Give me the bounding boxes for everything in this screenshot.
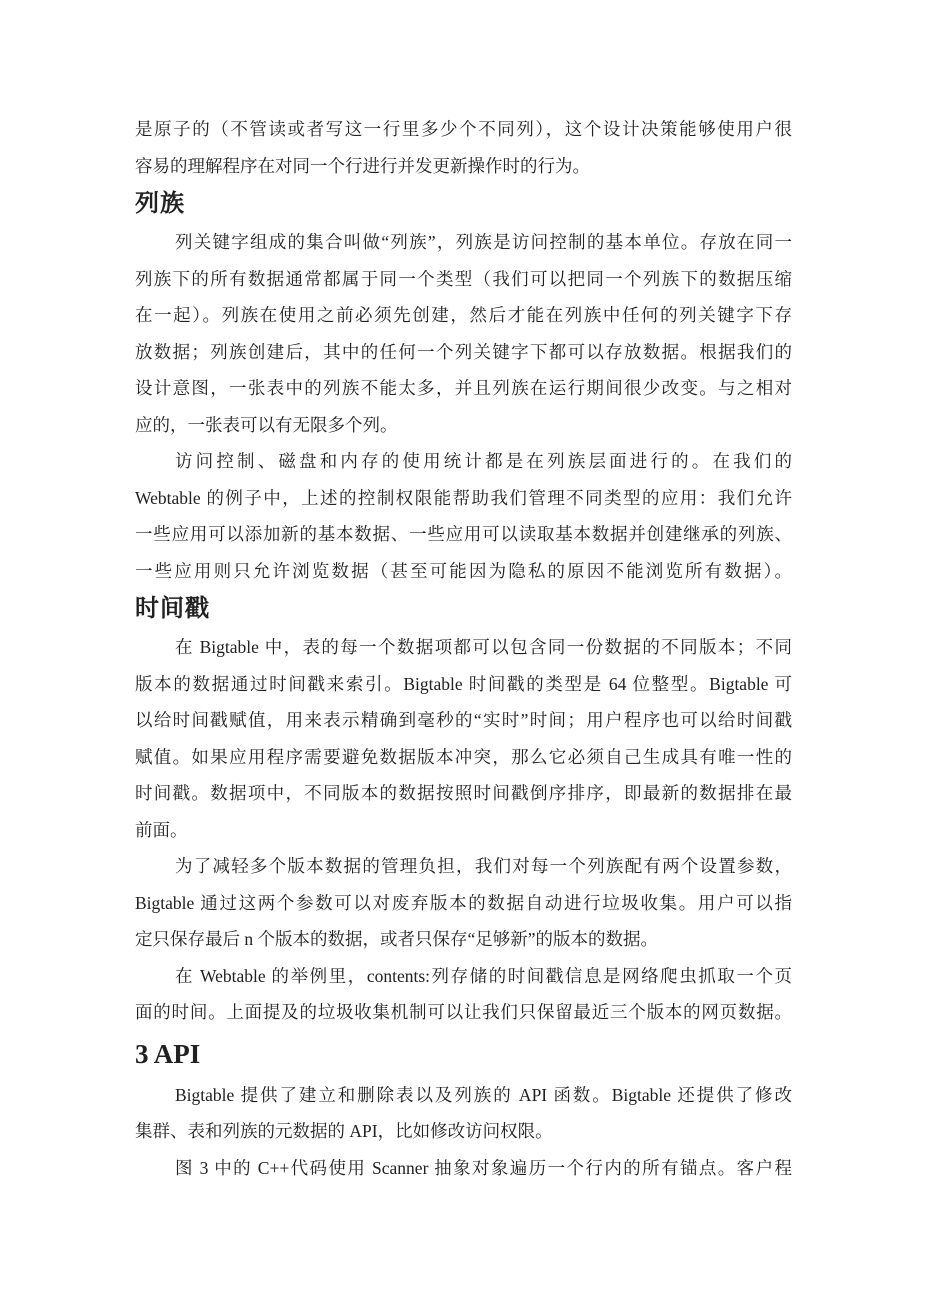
paragraph-line: 时间戳。数据项中，不同版本的数据按照时间戳倒序排序，即最新的数据排在最 [135,775,792,812]
document-content: 是原子的（不管读或者写这一行里多少个不同列），这个设计决策能够使用户很容易的理解… [135,111,792,1186]
paragraph-line: 应的，一张表可以有无限多个列。 [135,407,792,444]
section-heading: 时间戳 [135,589,792,629]
paragraph-line: 图 3 中的 C++代码使用 Scanner 抽象对象遍历一个行内的所有锚点。客… [135,1150,792,1187]
paragraph-line: 放数据；列族创建后，其中的任何一个列关键字下都可以存放数据。根据我们的 [135,334,792,371]
paragraph-line: 赋值。如果应用程序需要避免数据版本冲突，那么它必须自己生成具有唯一性的 [135,739,792,776]
paragraph-line: 容易的理解程序在对同一个行进行并发更新操作时的行为。 [135,148,792,185]
paragraph-line: 访问控制、磁盘和内存的使用统计都是在列族层面进行的。在我们的 [135,443,792,480]
paragraph-line: 前面。 [135,812,792,849]
paragraph-line: 是原子的（不管读或者写这一行里多少个不同列），这个设计决策能够使用户很 [135,111,792,148]
paragraph-line: 版本的数据通过时间戳来索引。Bigtable 时间戳的类型是 64 位整型。Bi… [135,666,792,703]
paragraph-line: 面的时间。上面提及的垃圾收集机制可以让我们只保留最近三个版本的网页数据。 [135,994,792,1031]
paragraph-line: Bigtable 通过这两个参数可以对废弃版本的数据自动进行垃圾收集。用户可以指 [135,885,792,922]
paragraph-line: 列关键字组成的集合叫做“列族”，列族是访问控制的基本单位。存放在同一 [135,224,792,261]
paragraph-line: 为了减轻多个版本数据的管理负担，我们对每一个列族配有两个设置参数， [135,848,792,885]
section-heading: 列族 [135,184,792,224]
paragraph-line: 设计意图，一张表中的列族不能太多，并且列族在运行期间很少改变。与之相对 [135,370,792,407]
paragraph-line: Bigtable 提供了建立和删除表以及列族的 API 函数。Bigtable … [135,1077,792,1114]
paragraph-line: 一些应用可以添加新的基本数据、一些应用可以读取基本数据并创建继承的列族、 [135,516,792,553]
paragraph-line: 一些应用则只允许浏览数据（甚至可能因为隐私的原因不能浏览所有数据）。 [135,553,792,590]
paragraph-line: 在 Webtable 的举例里，contents:列存储的时间戳信息是网络爬虫抓… [135,958,792,995]
paragraph-line: 定只保存最后 n 个版本的数据，或者只保存“足够新”的版本的数据。 [135,921,792,958]
paragraph-line: 以给时间戳赋值，用来表示精确到毫秒的“实时”时间；用户程序也可以给时间戳 [135,702,792,739]
paragraph-line: 集群、表和列族的元数据的 API，比如修改访问权限。 [135,1113,792,1150]
document-page: 是原子的（不管读或者写这一行里多少个不同列），这个设计决策能够使用户很容易的理解… [0,0,926,1309]
chapter-heading: 3 API [135,1031,792,1077]
paragraph-line: Webtable 的例子中，上述的控制权限能帮助我们管理不同类型的应用：我们允许 [135,480,792,517]
paragraph-line: 列族下的所有数据通常都属于同一个类型（我们可以把同一个列族下的数据压缩 [135,261,792,298]
paragraph-line: 在一起）。列族在使用之前必须先创建，然后才能在列族中任何的列关键字下存 [135,297,792,334]
paragraph-line: 在 Bigtable 中，表的每一个数据项都可以包含同一份数据的不同版本；不同 [135,629,792,666]
